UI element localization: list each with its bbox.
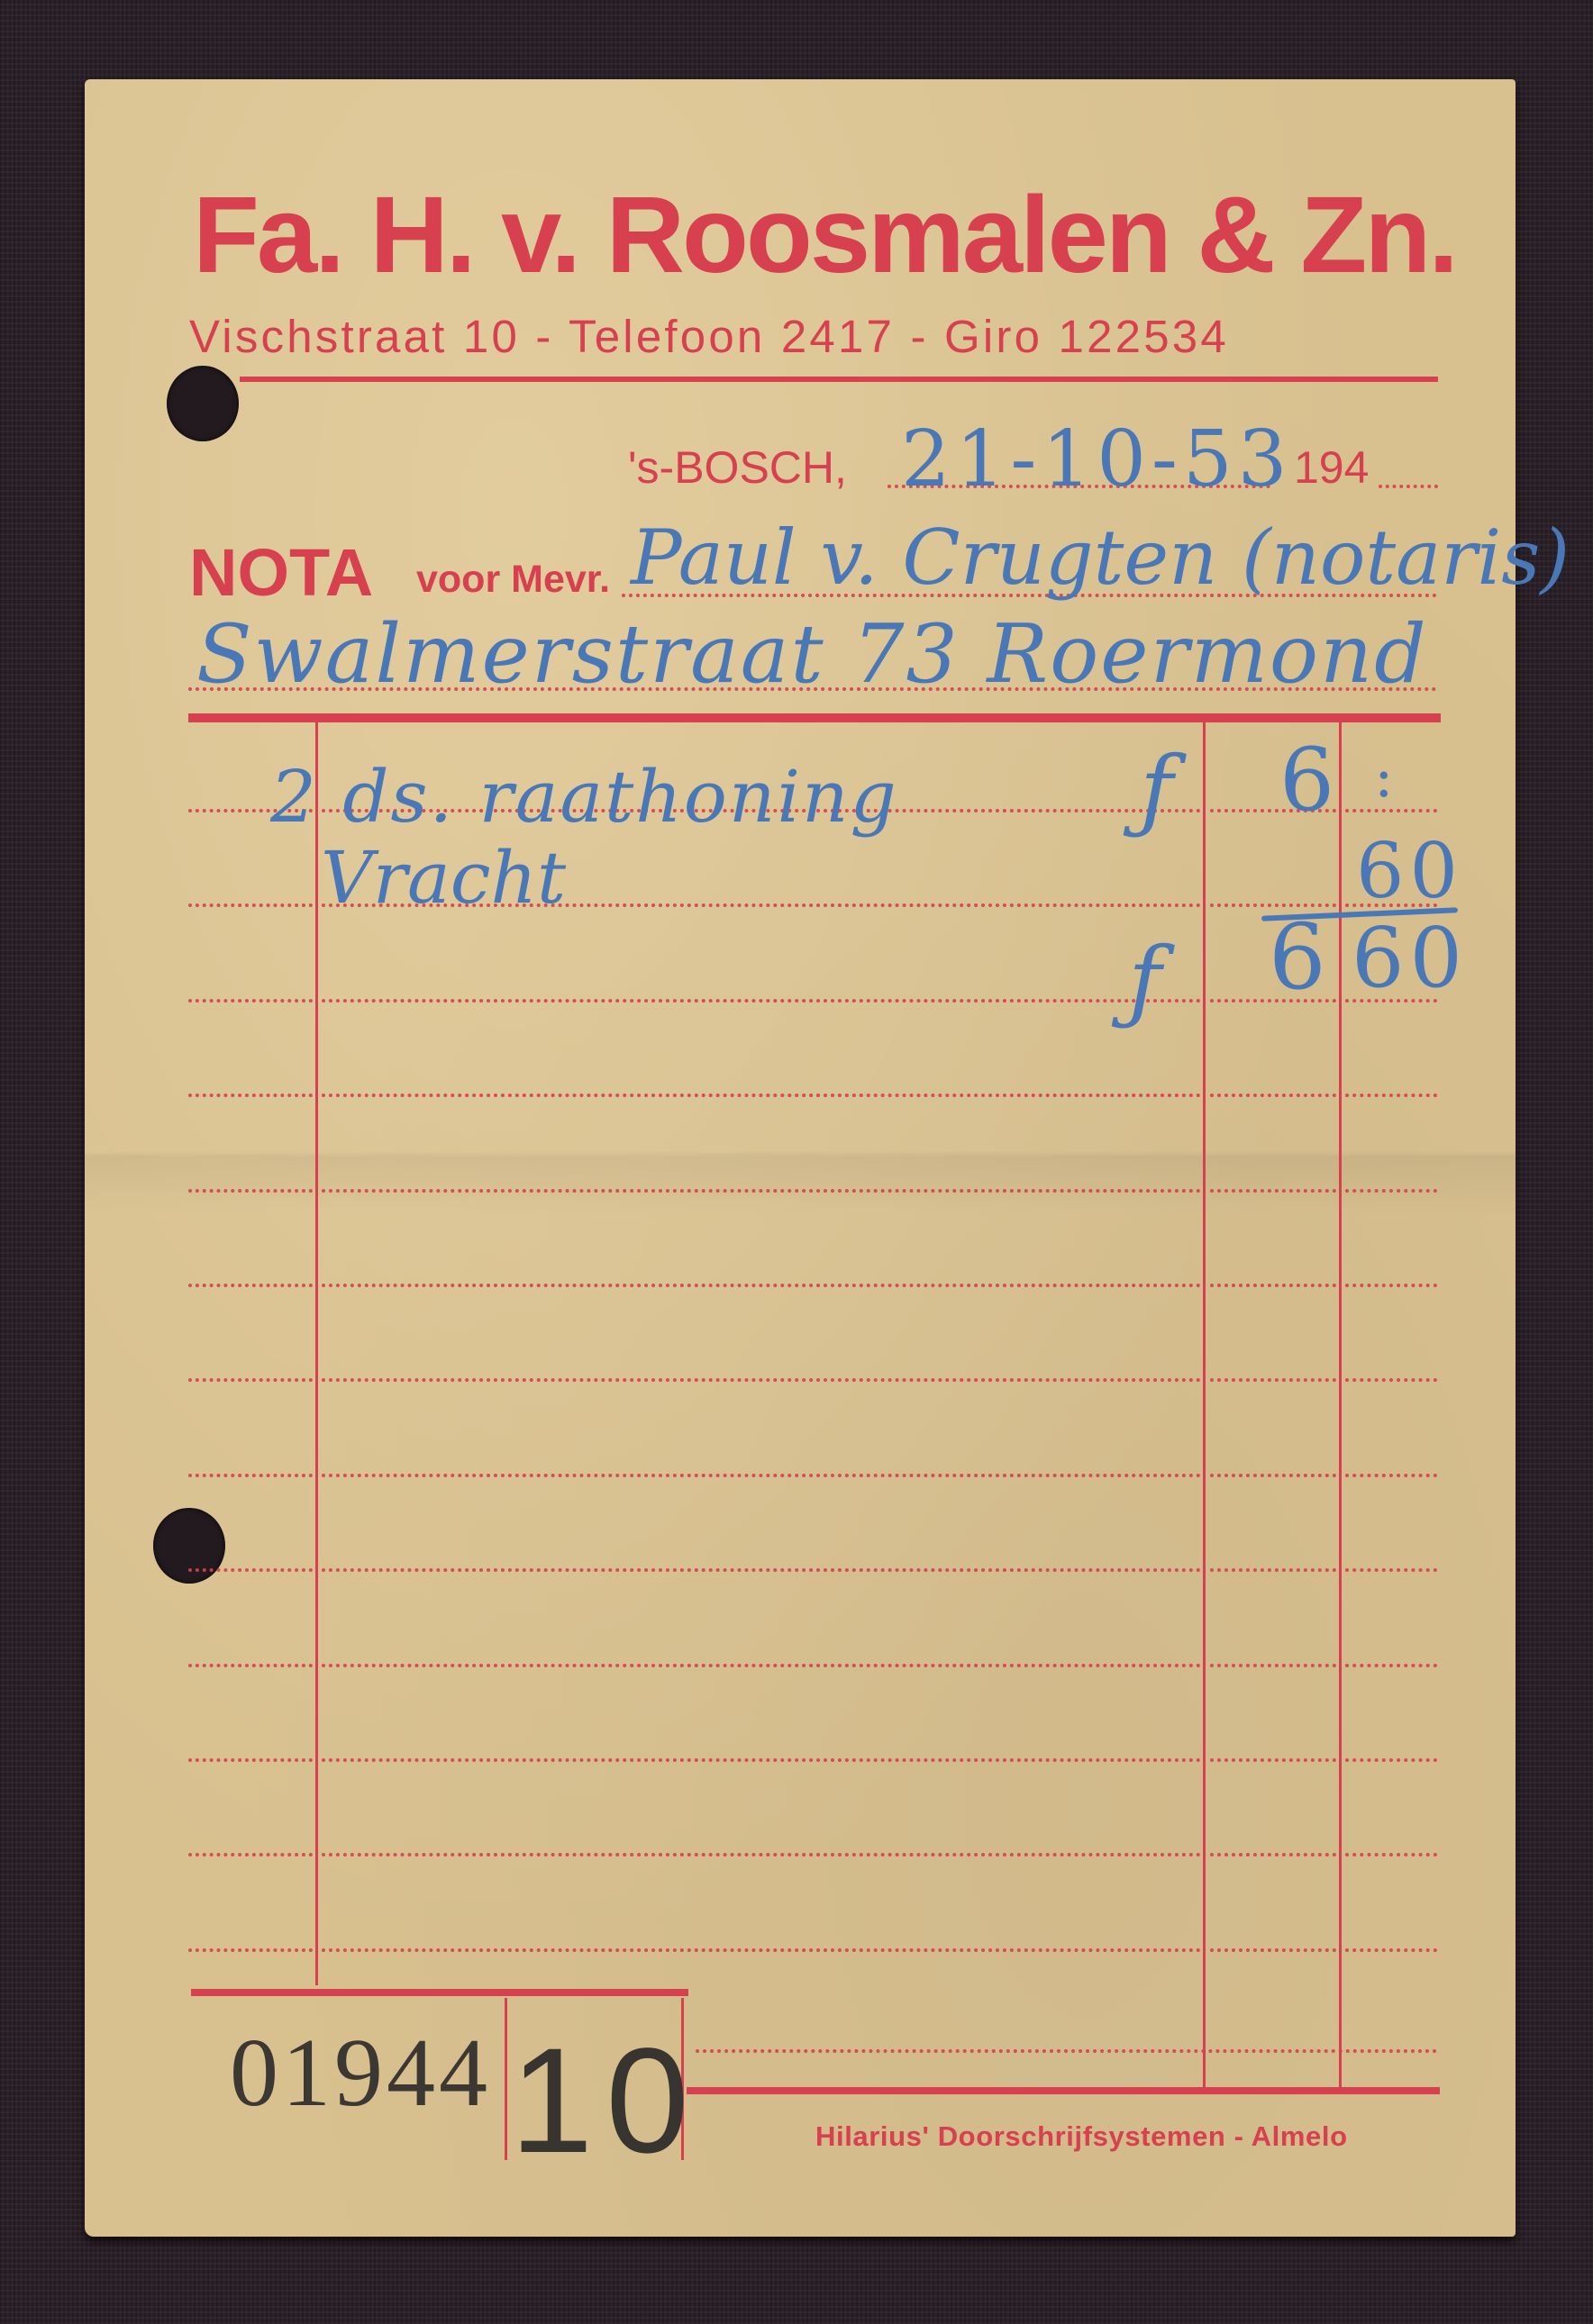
printer-imprint: Hilarius' Doorschrijfsystemen - Almelo [815, 2120, 1348, 2153]
ledger-dotted-line [322, 1094, 1201, 1097]
total-currency: ƒ [1128, 928, 1161, 1033]
nota-label: NOTA [189, 540, 373, 606]
ledger-dotted-line [322, 1664, 1201, 1667]
ledger-dotted-line [1210, 1474, 1336, 1477]
ledger-dotted-line [1345, 1474, 1437, 1477]
item-guilders: 6 [1279, 730, 1334, 831]
company-name: Fa. H. v. Roosmalen & Zn. [193, 180, 1456, 289]
item-cents: : [1374, 744, 1394, 811]
ledger-dotted-line [1345, 1758, 1437, 1762]
ledger-dotted-line [1210, 1853, 1336, 1856]
total-guilders: 6 [1269, 904, 1326, 1010]
ledger-dotted-line [188, 999, 313, 1003]
company-address-line: Vischstraat 10 - Telefoon 2417 - Giro 12… [189, 310, 1229, 363]
footer-rule-right [687, 2087, 1440, 2094]
ledger-dotted-line [188, 1189, 313, 1193]
ledger-dotted-line [188, 1664, 313, 1667]
item-currency: ƒ [1140, 737, 1173, 842]
ledger-dotted-line [1345, 1284, 1437, 1287]
handwritten-recipient-name: Paul v. Crugten (notaris) [631, 513, 1570, 602]
place-label: 's-BOSCH, [628, 441, 847, 494]
total-cents: 60 [1352, 910, 1468, 1006]
serial-number: 01944 [230, 2025, 491, 2122]
ledger-dotted-line [322, 1758, 1201, 1762]
ledger-dotted-line [1210, 1284, 1336, 1287]
ledger-dotted-line [188, 1284, 313, 1287]
ledger-dotted-line [188, 903, 313, 907]
punch-hole-top [167, 366, 239, 441]
table-top-rule [188, 713, 1441, 722]
ledger-dotted-line [1345, 1664, 1437, 1667]
ledger-dotted-line [188, 1853, 313, 1856]
ledger-dotted-line [1210, 1094, 1336, 1097]
ledger-dotted-line [188, 1378, 313, 1382]
item-description: 2 ds. raathoning [270, 755, 898, 839]
footer-dotted-line [696, 2049, 1437, 2053]
item-cents: 60 [1356, 827, 1463, 915]
column-line-description [315, 721, 318, 1985]
ledger-dotted-line [322, 1284, 1201, 1287]
ledger-dotted-line [1210, 1664, 1336, 1667]
item-description: Vracht [321, 836, 566, 920]
ledger-dotted-line [1210, 1948, 1336, 1952]
ledger-dotted-line [188, 1568, 313, 1572]
ledger-dotted-line [1345, 1568, 1437, 1572]
handwritten-date: 21-10-53 [901, 414, 1292, 504]
ledger-dotted-line [1345, 1948, 1437, 1952]
footer-rule-left [191, 1989, 688, 1996]
ledger-dotted-line [1210, 1189, 1336, 1193]
column-line-cents [1339, 721, 1342, 2090]
ledger-dotted-line [322, 1948, 1201, 1952]
ledger-dotted-line [1345, 1189, 1437, 1193]
ledger-dotted-line [1210, 1568, 1336, 1572]
ledger-dotted-line [188, 1474, 313, 1477]
ledger-dotted-line [322, 1474, 1201, 1477]
ledger-dotted-line [322, 1378, 1201, 1382]
ledger-dotted-line [1210, 1758, 1336, 1762]
year-prefix: 194 [1294, 441, 1369, 494]
invoice-paper [85, 79, 1516, 2237]
ledger-dotted-line [322, 1189, 1201, 1193]
ledger-dotted-line [1345, 1853, 1437, 1856]
punch-hole-bottom [153, 1508, 225, 1584]
ledger-dotted-line [322, 999, 1201, 1003]
form-number: 10 [510, 2027, 702, 2176]
form-number-box-left [505, 1998, 507, 2160]
year-dotted-line [1379, 485, 1438, 488]
voor-mevr-label: voor Mevr. [416, 560, 610, 599]
header-rule [240, 377, 1438, 382]
ledger-dotted-line [188, 1094, 313, 1097]
handwritten-recipient-address: Swalmerstraat 73 Roermond [196, 607, 1428, 702]
ledger-dotted-line [1210, 1378, 1336, 1382]
ledger-dotted-line [322, 1568, 1201, 1572]
ledger-dotted-line [1345, 1378, 1437, 1382]
ledger-dotted-line [322, 1853, 1201, 1856]
column-line-guilders [1203, 721, 1206, 2090]
ledger-dotted-line [1345, 1094, 1437, 1097]
ledger-dotted-line [188, 1948, 313, 1952]
ledger-dotted-line [188, 1758, 313, 1762]
